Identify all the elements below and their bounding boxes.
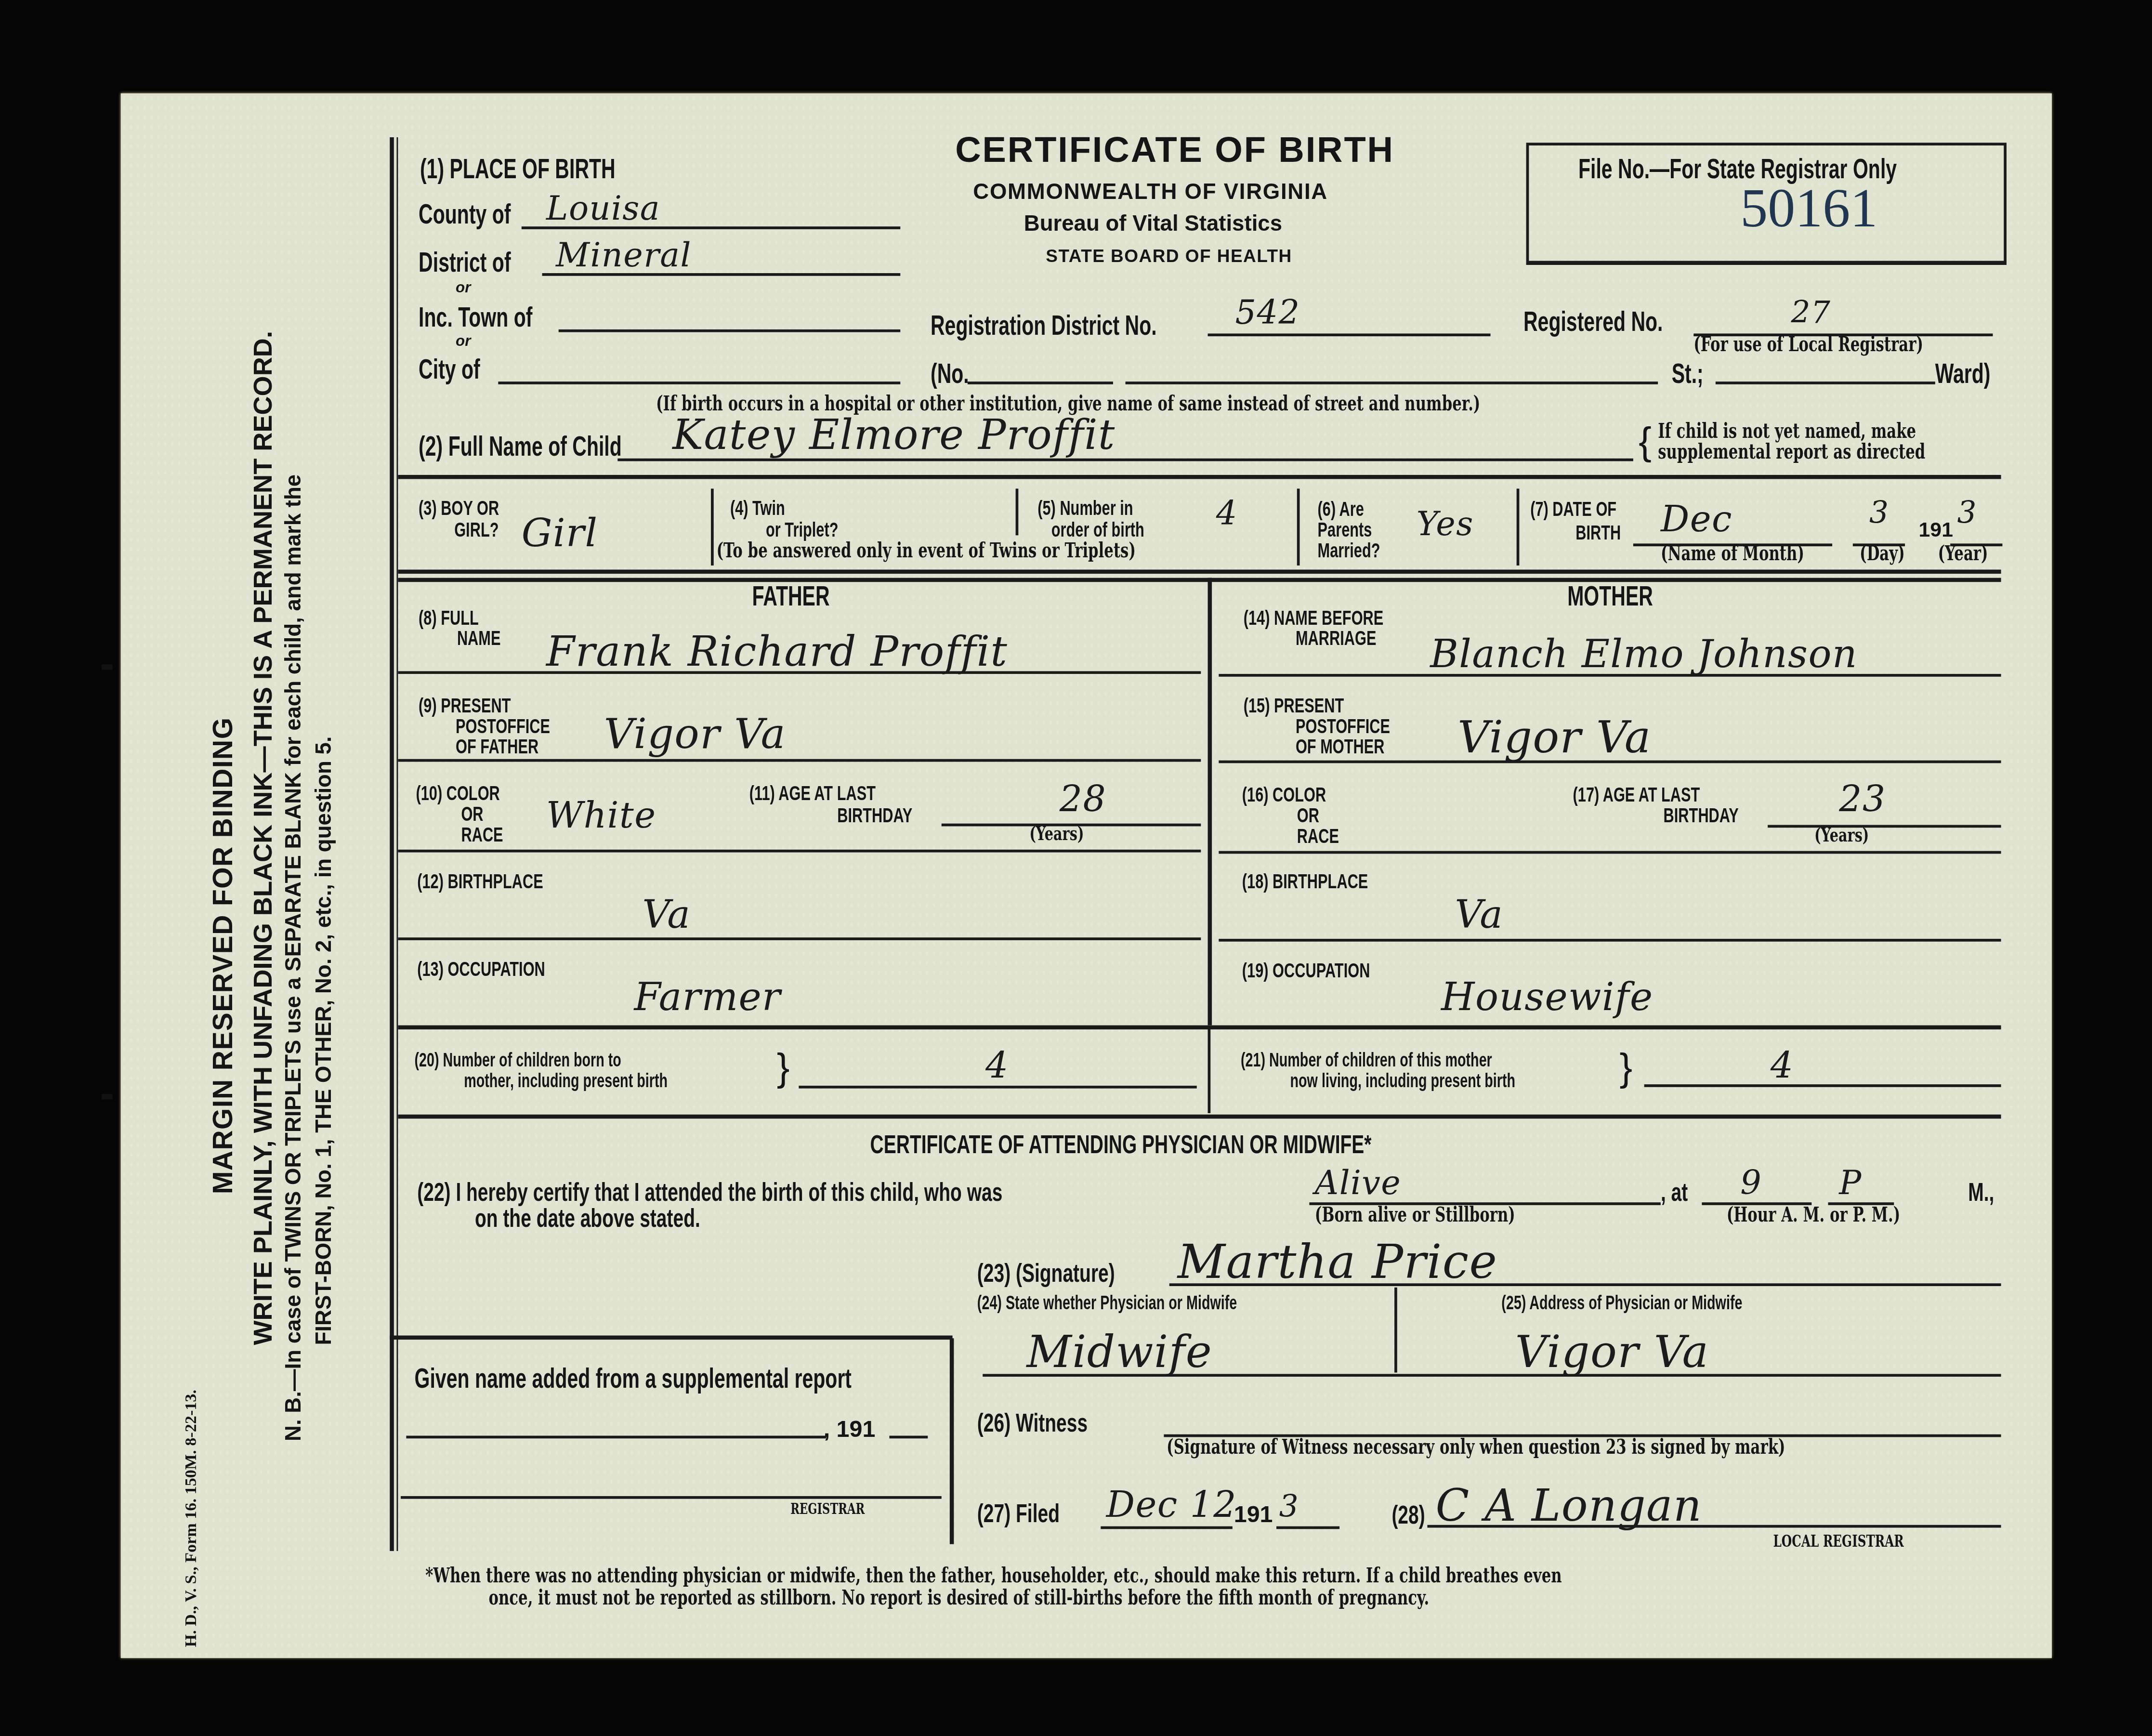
- ward-label: Ward): [1935, 360, 1991, 392]
- father-color-label-1: (10) COLOR: [416, 782, 499, 805]
- divider-sex: [711, 488, 714, 566]
- hour-caption: (Hour A. M. or P. M.): [1727, 1202, 1901, 1227]
- witness-label: (26) Witness: [977, 1409, 1088, 1440]
- mother-age-label-1: (17) AGE AT LAST: [1573, 784, 1700, 807]
- birth-order-value[interactable]: 4: [1216, 494, 1238, 533]
- date-of-birth-label-1: (7) DATE OF: [1530, 498, 1616, 521]
- married-label-3: Married?: [1318, 539, 1380, 563]
- street-number-line[interactable]: [968, 381, 1113, 384]
- children-born-label-2: mother, including present birth: [464, 1069, 668, 1092]
- county-value[interactable]: Louisa: [546, 189, 660, 228]
- mother-name-line: [1219, 674, 2001, 677]
- registrar-number-label: (28): [1391, 1501, 1425, 1532]
- father-color-label-2: OR: [461, 803, 483, 826]
- mother-color-label-3: RACE: [1297, 825, 1339, 848]
- filed-date-line: [1101, 1526, 1233, 1529]
- father-occupation-label: (13) OCCUPATION: [417, 958, 545, 981]
- mother-birthplace-line: [1219, 939, 2001, 942]
- physician-divider: [1394, 1288, 1397, 1373]
- supplemental-right-border: [950, 1338, 954, 1544]
- mother-name-value[interactable]: Blanch Elmo Johnson: [1430, 631, 1858, 677]
- divider-child-details-1: [398, 570, 2001, 574]
- married-label-1: (6) Are: [1318, 498, 1364, 521]
- supplemental-year-prefix: , 191: [824, 1417, 876, 1444]
- binding-margin-heading: MARGIN RESERVED FOR BINDING: [209, 717, 240, 1195]
- local-registrar-caption: LOCAL REGISTRAR: [1773, 1532, 1904, 1551]
- divider-children: [398, 1115, 2001, 1119]
- father-age-label-2: BIRTHDAY: [837, 804, 912, 828]
- mother-age-label-2: BIRTHDAY: [1664, 804, 1739, 828]
- child-name-note-2: supplemental report as directed: [1658, 439, 1925, 464]
- divider-child-details-2: [398, 578, 2001, 582]
- supplemental-heading: Given name added from a supplemental rep…: [415, 1364, 852, 1396]
- twin-label-1: (4) Twin: [730, 497, 785, 520]
- mother-heading: MOTHER: [1567, 582, 1653, 614]
- sex-value[interactable]: Girl: [522, 511, 598, 556]
- twin-note: (To be answered only in event of Twins o…: [716, 538, 1136, 563]
- divider-occupation: [398, 1026, 2001, 1030]
- date-of-birth-label-2: BIRTH: [1575, 522, 1621, 545]
- mother-age-caption: (Years): [1814, 825, 1869, 847]
- father-birthplace-line: [398, 937, 1201, 940]
- filed-label: (27) Filed: [977, 1500, 1060, 1531]
- children-divider: [1208, 1028, 1211, 1113]
- supplemental-top-border: [390, 1336, 952, 1340]
- divider-married: [1517, 488, 1520, 566]
- or-separator-1: or: [456, 280, 471, 296]
- ink-instruction: WRITE PLAINLY, WITH UNFADING BLACK INK—T…: [250, 331, 280, 1345]
- footnote-line-1: *When there was no attending physician o…: [425, 1564, 1562, 1588]
- registrar-signature-value[interactable]: C A Longan: [1436, 1480, 1702, 1532]
- footnote-line-2: once, it must not be reported as stillbo…: [488, 1585, 1429, 1610]
- divider-child-name: [398, 475, 2001, 479]
- dob-day-caption: (Day): [1860, 541, 1905, 566]
- child-name-label: (2) Full Name of Child: [419, 433, 622, 464]
- brace-icon: }: [1619, 1046, 1632, 1090]
- witness-note: (Signature of Witness necessary only whe…: [1167, 1434, 1785, 1459]
- bureau-name: Bureau of Vital Statistics: [1024, 213, 1282, 237]
- father-age-value[interactable]: 28: [1060, 780, 1106, 821]
- mother-po-label-1: (15) PRESENT: [1244, 695, 1344, 718]
- street-label: St.;: [1672, 360, 1704, 392]
- street-number-label: (No.: [931, 360, 969, 392]
- father-age-caption: (Years): [1029, 824, 1084, 846]
- divider-order: [1297, 488, 1300, 566]
- registered-number-value[interactable]: 27: [1791, 296, 1831, 330]
- dob-year-value[interactable]: 3: [1957, 497, 1977, 531]
- m-label: M.,: [1968, 1179, 1994, 1210]
- physician-type-value[interactable]: Midwife: [1026, 1326, 1212, 1378]
- at-label: , at: [1661, 1179, 1688, 1210]
- mother-postoffice-line: [1219, 761, 2001, 763]
- registered-number-note: (For use of Local Registrar): [1693, 332, 1923, 357]
- registration-district-value[interactable]: 542: [1235, 294, 1300, 332]
- board-name: STATE BOARD OF HEALTH: [1046, 246, 1292, 266]
- mother-occupation-value[interactable]: Housewife: [1441, 974, 1653, 1020]
- place-of-birth-heading: (1) PLACE OF BIRTH: [420, 155, 616, 187]
- form-id-text: H. D., V. S., Form 16. 150M. 8-22-13.: [181, 1390, 202, 1647]
- children-living-value[interactable]: 4: [1771, 1046, 1794, 1087]
- mother-color-line: [1219, 851, 2001, 854]
- father-color-label-3: RACE: [461, 824, 503, 847]
- mother-po-label-3: OF MOTHER: [1296, 736, 1385, 759]
- father-po-label-3: OF FATHER: [456, 736, 538, 759]
- registration-district-label: Registration District No.: [931, 312, 1157, 343]
- child-name-value[interactable]: Katey Elmore Proffit: [672, 412, 1115, 460]
- mother-birthplace-label: (18) BIRTHPLACE: [1242, 870, 1368, 894]
- twins-note-line-2: FIRST-BORN, No. 1, THE OTHER, No. 2, etc…: [313, 736, 338, 1345]
- parents-center-divider: [1208, 578, 1212, 1026]
- dob-month-value[interactable]: Dec: [1661, 500, 1732, 540]
- mother-color-label-1: (16) COLOR: [1242, 784, 1326, 807]
- father-birthplace-label: (12) BIRTHPLACE: [417, 870, 543, 894]
- married-value[interactable]: Yes: [1417, 505, 1474, 544]
- father-color-line: [398, 850, 1201, 853]
- county-label: County of: [419, 200, 511, 232]
- children-born-value[interactable]: 4: [985, 1046, 1009, 1087]
- signature-value[interactable]: Martha Price: [1178, 1236, 1497, 1290]
- brace-icon: {: [1639, 420, 1652, 464]
- father-age-label-1: (11) AGE AT LAST: [749, 782, 876, 805]
- father-occupation-value[interactable]: Farmer: [634, 974, 781, 1020]
- hour-value[interactable]: 9: [1740, 1164, 1762, 1202]
- certificate-title: CERTIFICATE OF BIRTH: [955, 129, 1394, 171]
- twins-note-line-1: N. B.—In case of TWINS OR TRIPLETS use a…: [283, 474, 307, 1441]
- father-heading: FATHER: [752, 582, 830, 614]
- children-living-label-1: (21) Number of children of this mother: [1241, 1049, 1492, 1071]
- father-po-label-2: POSTOFFICE: [456, 715, 550, 738]
- mother-age-value[interactable]: 23: [1839, 780, 1886, 821]
- town-label: Inc. Town of: [419, 303, 532, 335]
- physician-address-value[interactable]: Vigor Va: [1515, 1326, 1709, 1378]
- mother-name-label-1: (14) NAME BEFORE: [1244, 606, 1384, 630]
- mother-color-label-2: OR: [1297, 804, 1319, 828]
- alive-caption: (Born alive or Stillborn): [1315, 1202, 1515, 1227]
- dob-year-prefix: 191: [1919, 519, 1953, 542]
- physician-type-label: (24) State whether Physician or Midwife: [977, 1291, 1237, 1314]
- dob-month-caption: (Name of Month): [1661, 541, 1804, 566]
- or-separator-2: or: [456, 333, 471, 350]
- sex-label-2: GIRL?: [454, 519, 499, 542]
- district-value[interactable]: Mineral: [556, 236, 692, 275]
- filed-year-value[interactable]: 3: [1279, 1491, 1299, 1525]
- binding-hole-mark: [102, 1094, 113, 1099]
- father-name-label-2: NAME: [457, 627, 501, 650]
- supplemental-year-line[interactable]: [889, 1436, 928, 1439]
- children-born-label-1: (20) Number of children born to: [415, 1049, 621, 1071]
- ward-line[interactable]: [1716, 381, 1935, 384]
- physician-heading: CERTIFICATE OF ATTENDING PHYSICIAN OR MI…: [870, 1131, 1372, 1161]
- mother-occupation-label: (19) OCCUPATION: [1242, 960, 1370, 983]
- brace-icon: }: [777, 1046, 790, 1090]
- mother-name-label-2: MARRIAGE: [1296, 627, 1377, 650]
- supplemental-registrar-caption: REGISTRAR: [790, 1500, 865, 1518]
- binding-hole-mark: [102, 664, 113, 670]
- signature-label: (23) (Signature): [977, 1260, 1115, 1290]
- children-living-label-2: now living, including present birth: [1290, 1069, 1516, 1092]
- filed-date-value[interactable]: Dec 12: [1106, 1485, 1237, 1526]
- filed-year-prefix: 191: [1234, 1501, 1273, 1529]
- supplemental-date-line[interactable]: [406, 1436, 826, 1439]
- physician-address-label: (25) Address of Physician or Midwife: [1501, 1291, 1742, 1314]
- state-name: COMMONWEALTH OF VIRGINIA: [973, 181, 1328, 206]
- father-po-label-1: (9) PRESENT: [419, 695, 511, 718]
- married-label-2: Parents: [1318, 519, 1372, 542]
- town-line[interactable]: [559, 329, 901, 332]
- father-name-label-1: (8) FULL: [419, 606, 479, 630]
- city-line[interactable]: [498, 381, 900, 384]
- dob-day-value[interactable]: 3: [1869, 497, 1889, 531]
- father-postoffice-value[interactable]: Vigor Va: [604, 711, 786, 759]
- mother-birthplace-value[interactable]: Va: [1455, 892, 1503, 937]
- street-name-line[interactable]: [1126, 381, 1658, 384]
- filed-year-line: [1276, 1526, 1339, 1529]
- sex-label-1: (3) BOY OR: [419, 497, 499, 520]
- father-color-value[interactable]: White: [546, 796, 656, 837]
- certify-text-2: on the date above stated.: [475, 1205, 700, 1236]
- father-name-value[interactable]: Frank Richard Proffit: [546, 629, 1008, 677]
- mother-age-line: [1768, 825, 2001, 828]
- divider-twin: [1016, 488, 1019, 535]
- physician-type-line: [983, 1374, 2001, 1377]
- file-number-value: 50161: [1740, 176, 1877, 240]
- mother-po-label-2: POSTOFFICE: [1296, 715, 1390, 738]
- father-birthplace-value[interactable]: Va: [643, 892, 691, 937]
- ampm-value[interactable]: P: [1839, 1164, 1862, 1202]
- father-name-line: [398, 671, 1201, 674]
- children-living-line: [1644, 1084, 2001, 1087]
- alive-value[interactable]: Alive: [1315, 1164, 1401, 1202]
- supplemental-registrar-line[interactable]: [401, 1496, 942, 1499]
- city-label: City of: [419, 355, 480, 387]
- dob-year-caption: (Year): [1938, 541, 1988, 566]
- mother-postoffice-value[interactable]: Vigor Va: [1457, 711, 1651, 763]
- district-label: District of: [419, 249, 511, 280]
- registration-district-line: [1208, 333, 1491, 336]
- birth-order-label-1: (5) Number in: [1037, 497, 1133, 520]
- father-postoffice-line: [398, 759, 1201, 762]
- registered-number-label: Registered No.: [1523, 307, 1663, 339]
